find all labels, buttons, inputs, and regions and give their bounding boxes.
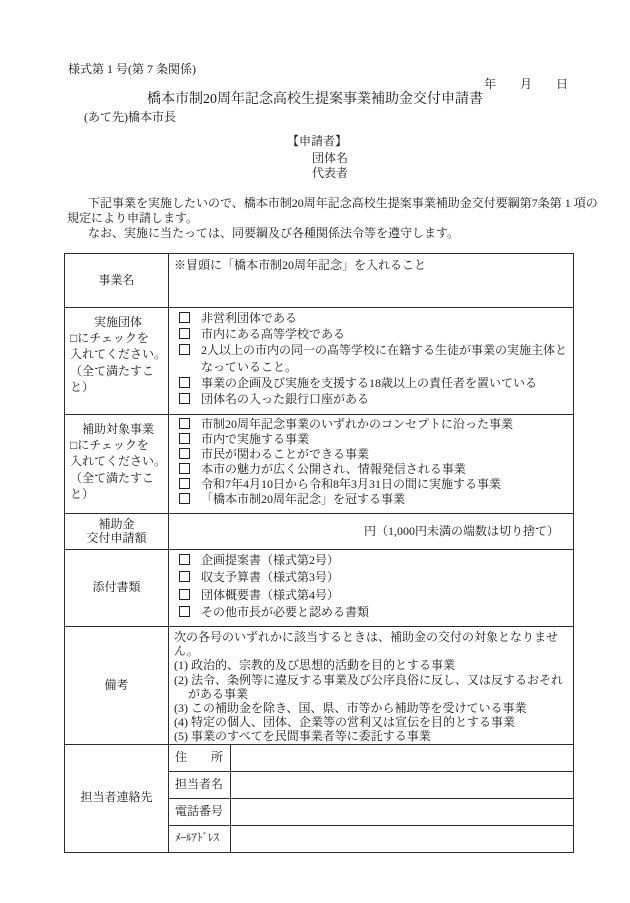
checkbox[interactable] (179, 493, 190, 504)
checklist-item-label: 本市の魅力が広く公開され、情報発信される事業 (201, 462, 466, 476)
eligible-project-note-line: □にチェックを (70, 437, 166, 453)
checklist-item-label: 「橋本市制20周年記念」を冠する事業 (201, 492, 405, 506)
checklist-item-label: 非営利団体である (201, 311, 297, 325)
eligible-project-note-line: （全て満たすこ (70, 470, 166, 486)
contact-phone-field[interactable] (231, 798, 574, 825)
checkbox[interactable] (179, 433, 190, 444)
intro-line-1: 下記事業を実施したいので、橋本市制20周年記念高校生提案事業補助金交付要綱第7条… (67, 196, 577, 211)
eligible-project-title: 補助対象事業 (70, 421, 166, 437)
form-number: 様式第 1 号(第 7 条関係) (68, 62, 196, 78)
checklist-item-label: 市内で実施する事業 (201, 432, 309, 446)
row-label-contact: 担当者連絡先 (65, 744, 169, 852)
attachments-checklist: 企画提案書（様式第2号） 収支予算書（様式第3号） 団体概要書（様式第4号） そ… (169, 550, 574, 627)
checklist-item: 市民が関わることができる事業 (179, 447, 570, 462)
checkbox[interactable] (179, 606, 190, 617)
checkbox[interactable] (179, 463, 190, 474)
checklist-item: 市内で実施する事業 (179, 432, 570, 447)
checklist-item: 企画提案書（様式第2号） (179, 552, 570, 569)
intro-paragraph: 下記事業を実施したいので、橋本市制20周年記念高校生提案事業補助金交付要綱第7条… (67, 196, 577, 240)
row-label-attachments: 添付書類 (65, 550, 169, 627)
checklist-item: 2人以上の市内の同一の高等学校に在籍する生徒が事業の実施主体となっていること。 (179, 342, 570, 374)
business-name-note: ※冒頭に「橋本市制20周年記念」を入れること (174, 258, 426, 272)
application-form-page: 様式第 1 号(第 7 条関係) 年 月 日 橋本市制20周年記念高校生提案事業… (0, 0, 630, 903)
checkbox[interactable] (179, 589, 190, 600)
checklist-item-label: 団体名の入った銀行口座がある (201, 392, 369, 406)
row-label-eligible-project: 補助対象事業 □にチェックを 入れてください。 （全て満たすこ と） (65, 415, 169, 514)
applicant-representative-label[interactable]: 代表者 (312, 166, 348, 182)
contact-person-label: 担当者名 (169, 771, 231, 798)
grant-amount-unit-note: 円（1,000円未満の端数は切り捨て） (364, 524, 559, 538)
contact-email-label: ﾒｰﾙｱﾄﾞﾚｽ (169, 825, 231, 852)
row-label-implementing-org: 実施団体 □にチェックを 入れてください。 （全て満たすこ と） (65, 308, 169, 415)
eligible-project-note-line: と） (70, 486, 166, 502)
application-table: 事業名 ※冒頭に「橋本市制20周年記念」を入れること 実施団体 □にチェックを … (64, 253, 574, 853)
implementing-org-note-line: 入れてください。 (70, 346, 166, 362)
remarks-item: (1) 政治的、宗教的及び思想的活動を目的とする事業 (174, 658, 570, 672)
checklist-item-label: 市民が関わることができる事業 (201, 447, 369, 461)
contact-address-label: 住 所 (169, 744, 231, 771)
checklist-item: 市制20周年記念事業のいずれかのコンセプトに沿った事業 (179, 417, 570, 432)
contact-address-field[interactable] (231, 744, 574, 771)
remarks-content: 次の各号のいずれかに該当するときは、補助金の交付の対象となりません。 (1) 政… (169, 627, 574, 745)
grant-amount-field[interactable]: 円（1,000円未満の端数は切り捨て） (169, 514, 574, 550)
checklist-item: 非営利団体である (179, 310, 570, 326)
intro-line-3: なお、実施に当たっては、同要綱及び各種関係法令等を遵守します。 (67, 226, 577, 241)
checklist-item: 市内にある高等学校である (179, 326, 570, 342)
remarks-item: (2) 法令、条例等に違反する事業及び公序良俗に反し、又は反するおそれがある事業 (174, 673, 570, 701)
row-label-remarks: 備考 (65, 627, 169, 745)
checklist-item-label: 2人以上の市内の同一の高等学校に在籍する生徒が事業の実施主体となっていること。 (201, 343, 567, 373)
contact-email-field[interactable] (231, 825, 574, 852)
implementing-org-title: 実施団体 (70, 314, 166, 330)
row-label-grant-amount: 補助金 交付申請額 (65, 514, 169, 550)
checkbox[interactable] (179, 478, 190, 489)
checkbox[interactable] (179, 393, 190, 404)
contact-phone-label: 電話番号 (169, 798, 231, 825)
checkbox[interactable] (179, 328, 190, 339)
contact-person-field[interactable] (231, 771, 574, 798)
remarks-item: (3) この補助金を除き、国、県、市等から補助等を受けている事業 (174, 701, 570, 715)
checklist-item: 事業の企画及び実施を支援する18歳以上の責任者を置いている (179, 375, 570, 391)
checklist-item-label: 企画提案書（様式第2号） (201, 553, 339, 567)
intro-line-2: 規定により申請します。 (67, 211, 577, 226)
checklist-item: 「橋本市制20周年記念」を冠する事業 (179, 492, 570, 507)
business-name-field[interactable]: ※冒頭に「橋本市制20周年記念」を入れること (169, 254, 574, 308)
checkbox[interactable] (179, 571, 190, 582)
eligible-project-note-line: 入れてください。 (70, 453, 166, 469)
checklist-item: 団体概要書（様式第4号） (179, 587, 570, 604)
checklist-item-label: その他市長が必要と認める書類 (201, 605, 369, 619)
implementing-org-note-line: と） (70, 379, 166, 395)
applicant-heading: 【申請者】 (287, 134, 347, 150)
checklist-item: その他市長が必要と認める書類 (179, 604, 570, 621)
checklist-item: 令和7年4月10日から令和8年3月31日の間に実施する事業 (179, 477, 570, 492)
checklist-item-label: 事業の企画及び実施を支援する18歳以上の責任者を置いている (201, 376, 537, 390)
eligible-project-checklist: 市制20周年記念事業のいずれかのコンセプトに沿った事業 市内で実施する事業 市民… (169, 415, 574, 514)
addressee: (あて先)橋本市長 (84, 110, 176, 126)
checklist-item-label: 団体概要書（様式第4号） (201, 588, 339, 602)
checkbox[interactable] (179, 554, 190, 565)
checklist-item: 収支予算書（様式第3号） (179, 569, 570, 586)
checklist-item: 本市の魅力が広く公開され、情報発信される事業 (179, 462, 570, 477)
checkbox[interactable] (179, 377, 190, 388)
checklist-item-label: 収支予算書（様式第3号） (201, 570, 339, 584)
remarks-item: (4) 特定の個人、団体、企業等の営利又は宣伝を目的とする事業 (174, 715, 570, 729)
checklist-item: 団体名の入った銀行口座がある (179, 391, 570, 407)
checklist-item-label: 市制20周年記念事業のいずれかのコンセプトに沿った事業 (201, 417, 513, 431)
implementing-org-note-line: （全て満たすこ (70, 363, 166, 379)
remarks-item: (5) 事業のすべてを民間事業者等に委託する事業 (174, 729, 570, 743)
grant-amount-label-line: 補助金 (66, 518, 167, 532)
grant-amount-label-line: 交付申請額 (66, 532, 167, 546)
row-label-business-name: 事業名 (65, 254, 169, 308)
applicant-org-name-label[interactable]: 団体名 (312, 151, 348, 167)
checkbox[interactable] (179, 344, 190, 355)
checkbox[interactable] (179, 312, 190, 323)
remarks-intro: 次の各号のいずれかに該当するときは、補助金の交付の対象となりません。 (174, 630, 570, 658)
checklist-item-label: 市内にある高等学校である (201, 327, 345, 341)
checkbox[interactable] (179, 448, 190, 459)
checklist-item-label: 令和7年4月10日から令和8年3月31日の間に実施する事業 (201, 477, 501, 491)
implementing-org-checklist: 非営利団体である 市内にある高等学校である 2人以上の市内の同一の高等学校に在籍… (169, 308, 574, 415)
checkbox[interactable] (179, 418, 190, 429)
implementing-org-note-line: □にチェックを (70, 330, 166, 346)
document-title: 橋本市制20周年記念高校生提案事業補助金交付申請書 (0, 91, 630, 109)
